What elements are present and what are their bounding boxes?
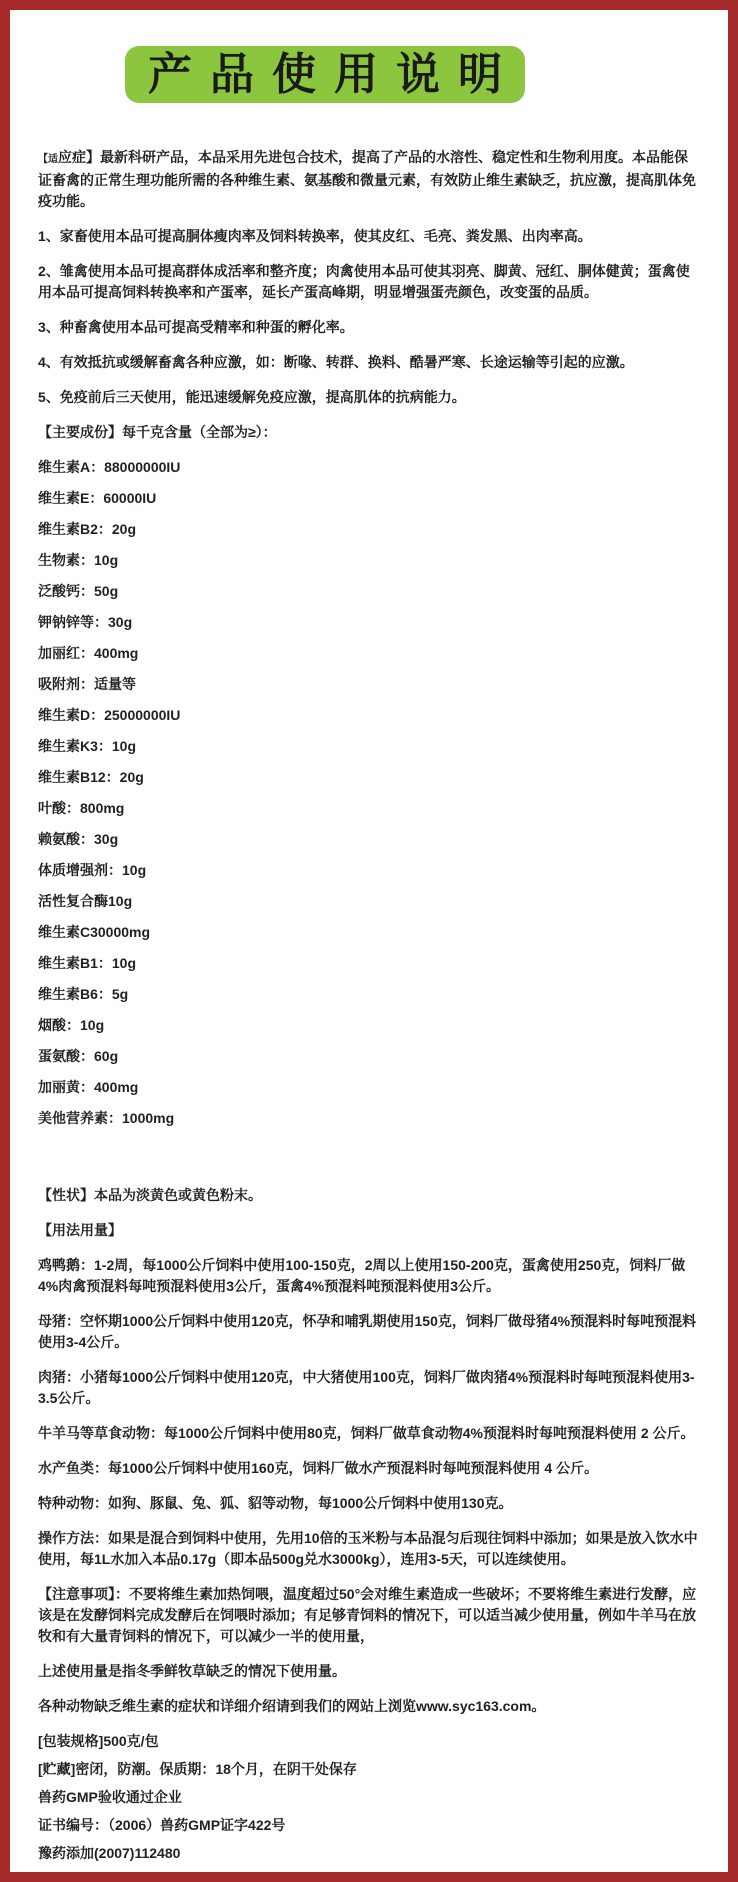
winter-dosage-note: 上述使用量是指冬季鲜牧草缺乏的情况下使用量。 bbox=[38, 1661, 700, 1682]
ingredient-item: 维生素B1：10g bbox=[38, 953, 700, 974]
ingredient-item: 泛酸钙：50g bbox=[38, 581, 700, 602]
usage-poultry: 鸡鸭鹅：1-2周，每1000公斤饲料中使用100-150克，2周以上使用150-… bbox=[38, 1255, 700, 1297]
usage-aquatic: 水产鱼类：每1000公斤饲料中使用160克，饲料厂做水产预混料时每吨预混料使用 … bbox=[38, 1458, 700, 1479]
ingredient-item: 维生素B12：20g bbox=[38, 767, 700, 788]
usage-special-animals: 特种动物：如狗、豚鼠、兔、狐、貂等动物，每1000公斤饲料中使用130克。 bbox=[38, 1493, 700, 1514]
ingredients-heading: 【主要成份】每千克含量（全部为≥）： bbox=[38, 422, 700, 443]
indications-tag: 应症】 bbox=[58, 149, 100, 165]
ingredient-item: 维生素B6：5g bbox=[38, 984, 700, 1005]
benefit-item-3: 3、种畜禽使用本品可提高受精率和种蛋的孵化率。 bbox=[38, 317, 700, 338]
ingredient-item: 吸附剂：适量等 bbox=[38, 674, 700, 695]
ingredient-item: 体质增强剂：10g bbox=[38, 860, 700, 881]
usage-operation-method: 操作方法：如果是混合到饲料中使用，先用10倍的玉米粉与本品混匀后现往饲料中添加；… bbox=[38, 1528, 700, 1570]
ingredient-item: 维生素A：88000000IU bbox=[38, 457, 700, 478]
storage-line: [贮藏]密闭，防潮。保质期：18个月，在阴干处保存 bbox=[38, 1759, 700, 1780]
benefit-item-1: 1、家畜使用本品可提高胴体瘦肉率及饲料转换率，使其皮红、毛亮、粪发黑、出肉率高。 bbox=[38, 226, 700, 247]
website-note: 各种动物缺乏维生素的症状和详细介绍请到我们的网站上浏览www.syc163.co… bbox=[38, 1696, 700, 1717]
approval-number-line: 豫药添加(2007)112480 bbox=[38, 1843, 700, 1864]
indications-paragraph: 【适应症】最新科研产品，本品采用先进包合技术，提高了产品的水溶性、稳定性和生物利… bbox=[38, 147, 700, 212]
packaging-spec-line: [包装规格]500克/包 bbox=[38, 1731, 700, 1752]
ingredient-item: 叶酸：800mg bbox=[38, 798, 700, 819]
title-banner: 产品使用说明 bbox=[125, 46, 525, 103]
product-instruction-sheet: 产品使用说明 【适应症】最新科研产品，本品采用先进包合技术，提高了产品的水溶性、… bbox=[0, 0, 738, 1882]
ingredient-item: 赖氨酸：30g bbox=[38, 829, 700, 850]
benefit-item-2: 2、雏禽使用本品可提高群体成活率和整齐度；肉禽使用本品可使其羽亮、脚黄、冠红、胴… bbox=[38, 261, 700, 303]
usage-heading: 【用法用量】 bbox=[38, 1220, 700, 1241]
usage-herbivores: 牛羊马等草食动物：每1000公斤饲料中使用80克，饲料厂做草食动物4%预混料时每… bbox=[38, 1423, 700, 1444]
indications-text: 最新科研产品，本品采用先进包合技术，提高了产品的水溶性、稳定性和生物利用度。本品… bbox=[38, 149, 696, 209]
page-title: 产品使用说明 bbox=[130, 53, 520, 97]
benefit-item-5: 5、免疫前后三天使用，能迅速缓解免疫应激，提高肌体的抗病能力。 bbox=[38, 387, 700, 408]
ingredient-item: 美他营养素：1000mg bbox=[38, 1108, 700, 1129]
gmp-line: 兽药GMP验收通过企业 bbox=[38, 1787, 700, 1808]
ingredient-item: 维生素K3：10g bbox=[38, 736, 700, 757]
usage-sow: 母猪：空怀期1000公斤饲料中使用120克，怀孕和哺乳期使用150克，饲料厂做母… bbox=[38, 1311, 700, 1353]
indications-tag-small: 【适 bbox=[38, 154, 58, 165]
usage-pig: 肉猪：小猪每1000公斤饲料中使用120克，中大猪使用100克，饲料厂做肉猪4%… bbox=[38, 1367, 700, 1409]
content-area: 【适应症】最新科研产品，本品采用先进包合技术，提高了产品的水溶性、稳定性和生物利… bbox=[10, 103, 728, 1864]
ingredient-item: 加丽黄：400mg bbox=[38, 1077, 700, 1098]
ingredient-item: 维生素E：60000IU bbox=[38, 488, 700, 509]
certificate-number-line: 证书编号：（2006）兽药GMP证字422号 bbox=[38, 1815, 700, 1836]
ingredient-item: 加丽红：400mg bbox=[38, 643, 700, 664]
benefit-item-4: 4、有效抵抗或缓解畜禽各种应激，如：断喙、转群、换料、酷暑严寒、长途运输等引起的… bbox=[38, 352, 700, 373]
ingredient-item: 生物素：10g bbox=[38, 550, 700, 571]
ingredient-item: 烟酸：10g bbox=[38, 1015, 700, 1036]
ingredient-item: 活性复合酶10g bbox=[38, 891, 700, 912]
ingredient-item: 蛋氨酸：60g bbox=[38, 1046, 700, 1067]
ingredient-item: 维生素D：25000000IU bbox=[38, 705, 700, 726]
ingredient-item: 维生素B2：20g bbox=[38, 519, 700, 540]
properties-line: 【性状】本品为淡黄色或黄色粉末。 bbox=[38, 1185, 700, 1206]
ingredient-item: 钾钠锌等：30g bbox=[38, 612, 700, 633]
precautions-paragraph: 【注意事项】：不要将维生素加热饲喂，温度超过50°会对维生素造成一些破坏；不要将… bbox=[38, 1584, 700, 1647]
ingredient-item: 维生素C30000mg bbox=[38, 922, 700, 943]
